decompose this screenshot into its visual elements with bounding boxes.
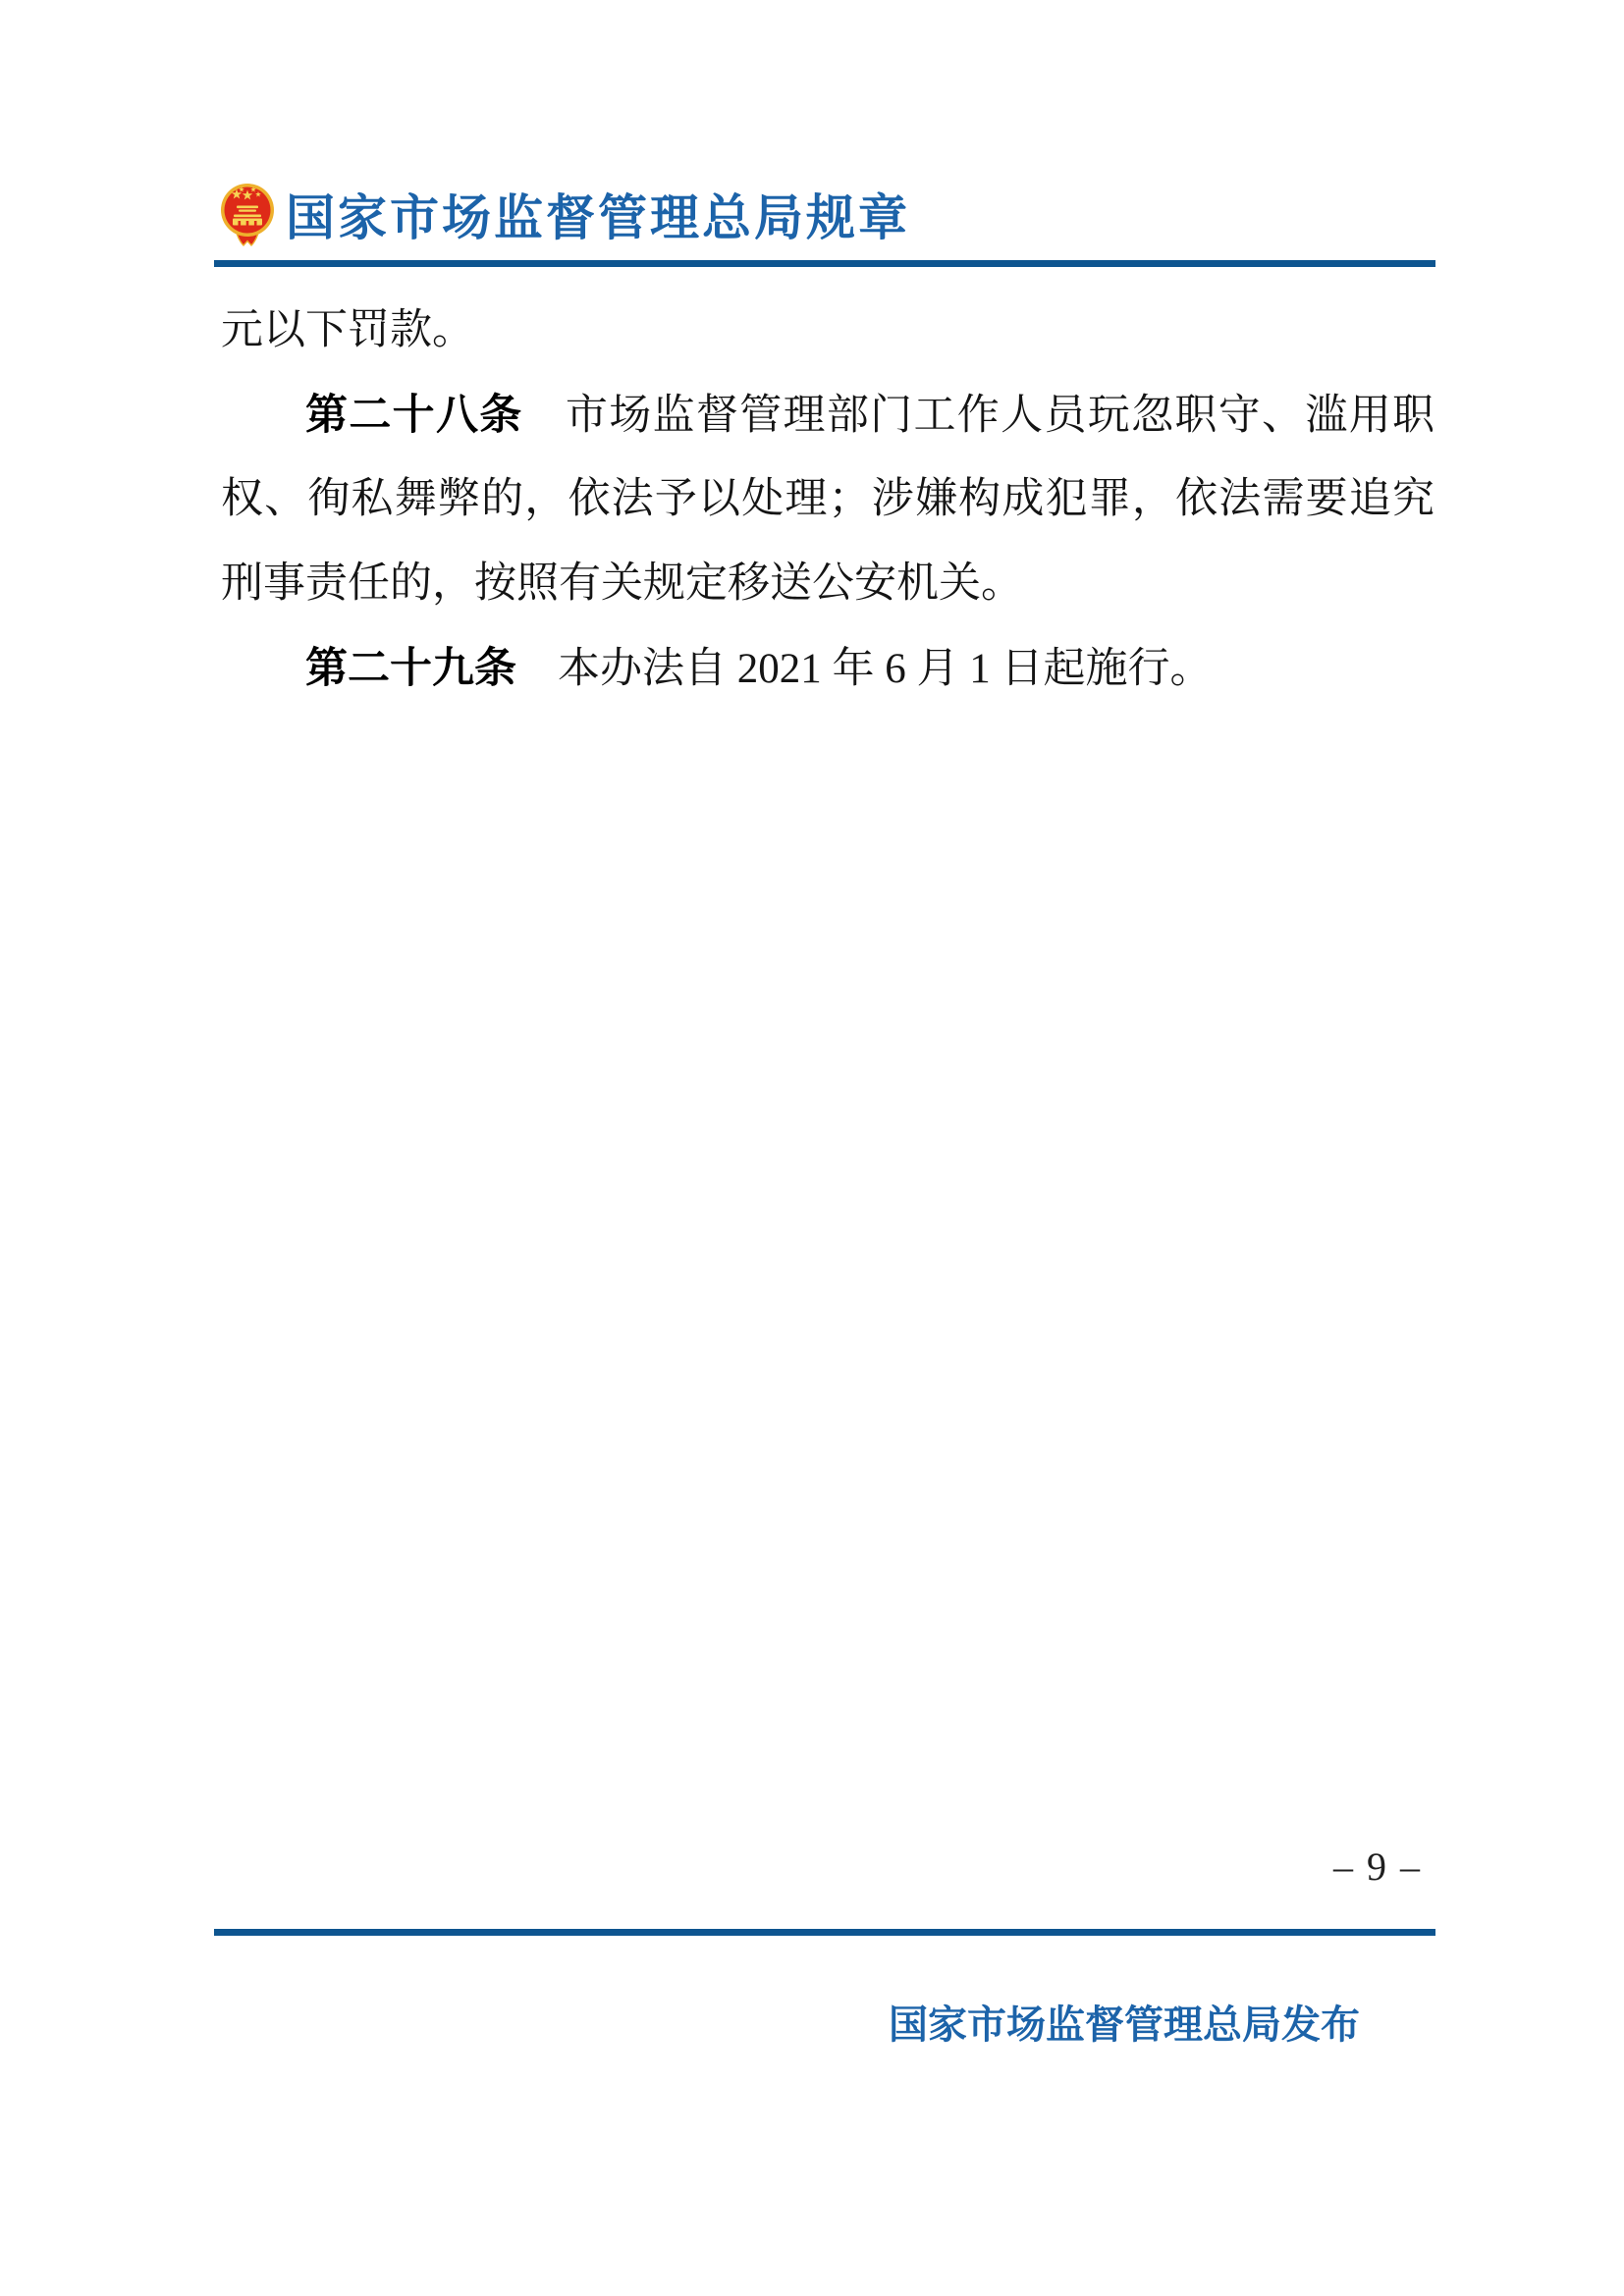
body-line-continuation: 元以下罚款。 [221,289,1435,373]
body-text: 元以下罚款。 第二十八条市场监督管理部门工作人员玩忽职守、滥用职 权、徇私舞弊的… [221,289,1435,711]
national-emblem-icon [220,183,275,247]
publisher-label: 国家市场监督管理总局发布 [889,1994,1360,2050]
article-29-label: 第二十九条 [305,645,516,692]
article-28-text-part-1: 市场监督管理部门工作人员玩忽职守、滥用职 [565,393,1435,439]
article-29-text: 本办法自 2021 年 6 月 1 日起施行。 [558,646,1213,692]
article-28-line-3: 刑事责任的，按照有关规定移送公安机关。 [221,542,1435,626]
page-number: – 9 – [1333,1843,1422,1890]
document-page: 国家市场监督管理总局规章 元以下罚款。 第二十八条市场监督管理部门工作人员玩忽职… [0,0,1624,2296]
article-29-line: 第二十九条本办法自 2021 年 6 月 1 日起施行。 [221,626,1435,711]
article-28-label: 第二十八条 [305,392,523,439]
footer-rule [214,1929,1435,1936]
header-title: 国家市场监督管理总局规章 [286,188,910,247]
header-rule [214,260,1435,267]
article-28-line-2: 权、徇私舞弊的，依法予以处理；涉嫌构成犯罪，依法需要追究 [221,457,1435,542]
article-28-line-1: 第二十八条市场监督管理部门工作人员玩忽职守、滥用职 [221,373,1435,457]
